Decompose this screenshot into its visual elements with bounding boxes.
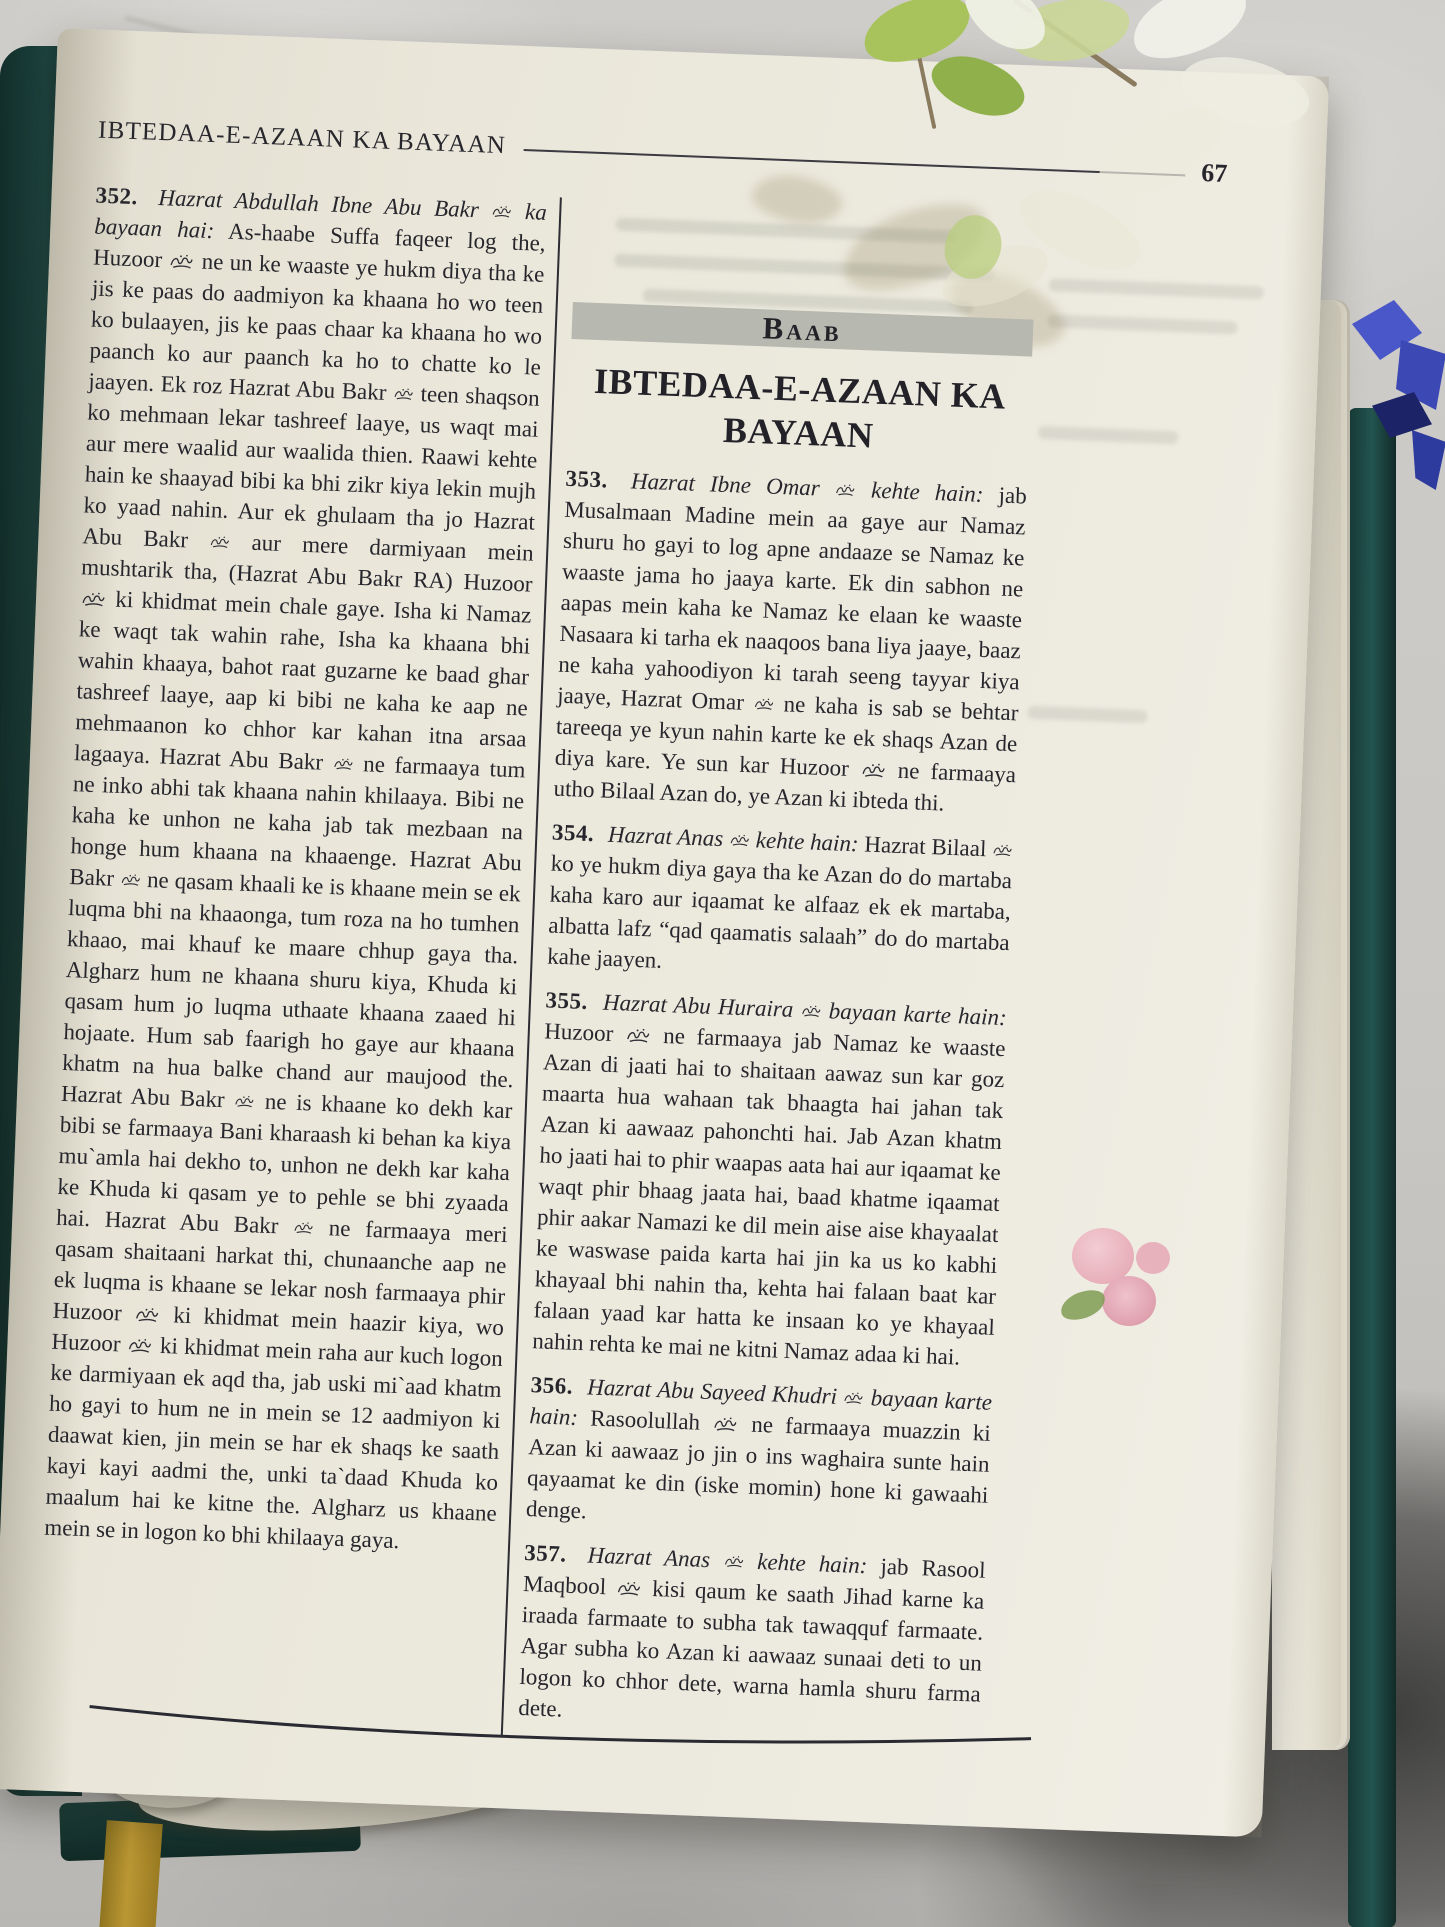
honorific-icon bbox=[80, 590, 108, 608]
honorific-icon bbox=[491, 204, 513, 220]
honorific-icon bbox=[120, 872, 142, 888]
honorific-icon bbox=[168, 252, 196, 270]
text-columns: 352. Hazrat Abdullah Ibne Abu Bakr ka ba… bbox=[37, 180, 1037, 1754]
show-through-text bbox=[1027, 706, 1147, 724]
page-number: 67 bbox=[1201, 158, 1228, 189]
honorific-icon bbox=[843, 1390, 865, 1406]
hadith-narrator: Hazrat Anas kehte hain: bbox=[608, 822, 860, 857]
show-through-text bbox=[1049, 278, 1264, 299]
honorific-icon bbox=[723, 1553, 745, 1569]
honorific-icon bbox=[126, 1337, 154, 1355]
hadith-352: 352. Hazrat Abdullah Ibne Abu Bakr ka ba… bbox=[44, 180, 548, 1560]
honorific-icon bbox=[134, 1306, 162, 1324]
pink-flower-bud bbox=[1136, 1242, 1170, 1274]
hadith-text: jab Musalmaan Madine mein aa gaye aur Na… bbox=[553, 482, 1027, 815]
hadith-narrator: Hazrat Anas kehte hain: bbox=[587, 1542, 868, 1578]
honorific-icon bbox=[800, 1003, 822, 1019]
right-column: Baab IBTEDAA-E-AZAAN KA BAYAAN 353. Hazr… bbox=[500, 197, 1037, 1753]
running-head: IBTEDAA-E-AZAAN KA BAYAAN 67 bbox=[98, 116, 1228, 189]
hadith-text: As-haabe Suffa faqeer log the, Huzoor ne… bbox=[44, 219, 546, 1554]
gold-bookmark-ribbon bbox=[99, 1820, 163, 1927]
honorific-icon bbox=[753, 696, 775, 712]
honorific-icon bbox=[209, 534, 231, 550]
running-title: IBTEDAA-E-AZAAN KA BAYAAN bbox=[98, 117, 507, 161]
pink-flower bbox=[1102, 1276, 1156, 1326]
hadith-357: 357. Hazrat Anas kehte hain: jab Rasool … bbox=[518, 1537, 986, 1741]
left-column: 352. Hazrat Abdullah Ibne Abu Bakr ka ba… bbox=[37, 180, 559, 1735]
honorific-icon bbox=[624, 1026, 652, 1044]
honorific-icon bbox=[729, 832, 751, 848]
chapter-title: IBTEDAA-E-AZAAN KA BAYAAN bbox=[567, 359, 1032, 464]
hadith-355: 355. Hazrat Abu Huraira bayaan karte hai… bbox=[532, 984, 1007, 1373]
hadith-number: 356. bbox=[530, 1372, 581, 1399]
hadith-number: 352. bbox=[95, 183, 146, 210]
book-photo-scene: { "page_header": { "running_title": "IBT… bbox=[0, 0, 1445, 1927]
hadith-number: 353. bbox=[565, 466, 616, 493]
honorific-icon bbox=[615, 1579, 643, 1597]
book-page: IBTEDAA-E-AZAAN KA BAYAAN 67 352. Hazrat… bbox=[0, 28, 1329, 1838]
hadith-text: Rasoolullah ne farmaaya muazzin ki Azan … bbox=[526, 1405, 992, 1523]
show-through-text bbox=[1047, 314, 1237, 334]
hadith-356: 356. Hazrat Abu Sayeed Khudri bayaan kar… bbox=[525, 1369, 992, 1542]
show-through-text bbox=[615, 218, 955, 244]
honorific-icon bbox=[293, 1220, 315, 1236]
hadith-number: 354. bbox=[552, 819, 603, 846]
honorific-icon bbox=[992, 842, 1014, 858]
hadith-number: 355. bbox=[545, 987, 596, 1014]
hadith-text: Huzoor ne farmaaya jab Namaz ke waaste A… bbox=[532, 1018, 1006, 1369]
hadith-text: jab Rasool Maqbool kisi qaum ke saath Ji… bbox=[518, 1554, 986, 1722]
show-through-text bbox=[1038, 426, 1178, 444]
honorific-icon bbox=[712, 1415, 740, 1433]
honorific-icon bbox=[234, 1094, 256, 1110]
honorific-icon bbox=[835, 482, 857, 498]
book-cover-right-edge bbox=[1348, 408, 1396, 1927]
hadith-354: 354. Hazrat Anas kehte hain: Hazrat Bila… bbox=[547, 816, 1014, 989]
running-head-rule bbox=[524, 149, 1185, 176]
honorific-icon bbox=[393, 386, 415, 402]
hadith-353: 353. Hazrat Ibne Omar kehte hain: jab Mu… bbox=[553, 463, 1027, 821]
hadith-number: 357. bbox=[524, 1540, 575, 1567]
honorific-icon bbox=[859, 761, 887, 779]
honorific-icon bbox=[332, 756, 354, 772]
show-through-text bbox=[614, 254, 994, 282]
